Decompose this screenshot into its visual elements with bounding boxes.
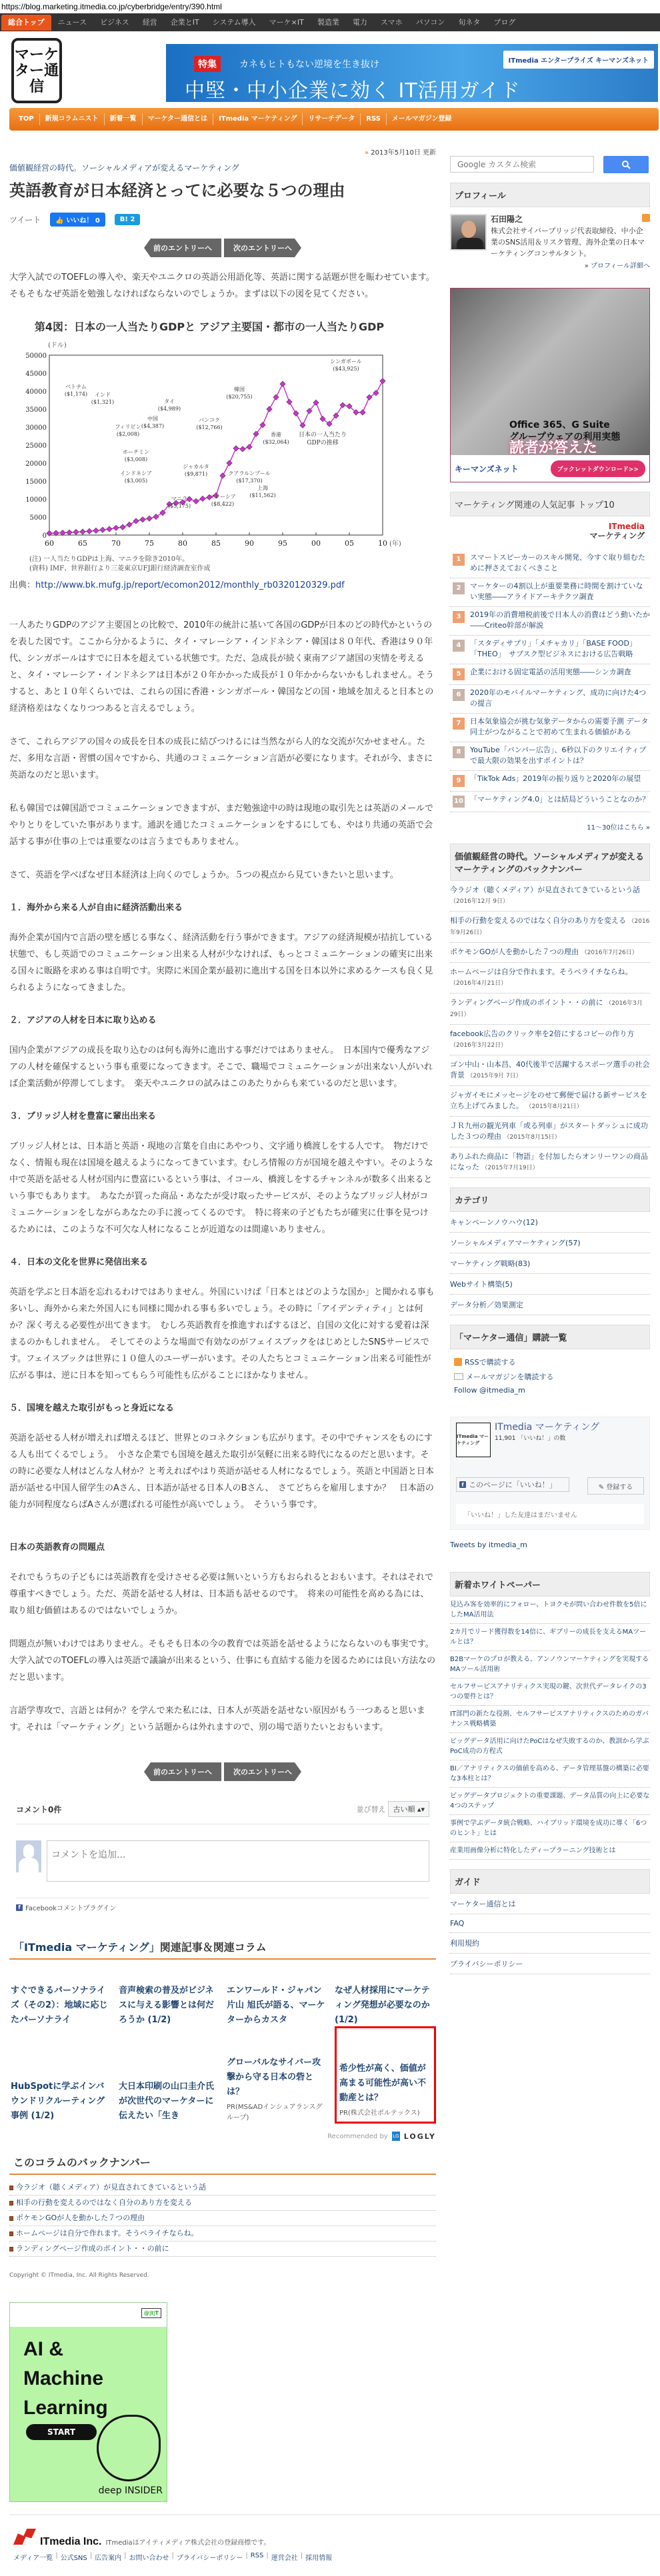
recommended-label: Recommended by (327, 2133, 388, 2140)
svg-text:($11,562): ($11,562) (249, 492, 275, 498)
whitepaper-item[interactable]: 2カ月でリード獲得数を14倍に、ギブリーの成長を支えるMAツールとは？ (450, 1624, 650, 1651)
topnav-item[interactable]: 旬ネタ (451, 13, 487, 31)
related-article-link[interactable]: なぜ人材採用にマーケティング発想が必要なのか (1/2) (335, 1984, 436, 2028)
footer-brand-row: ITmedia Inc. ITmediaはアイティメディア株式会社の登録商標です… (13, 2529, 332, 2548)
bullet-icon (9, 2201, 13, 2206)
article-column: » 2013年5月10日 更新 価値観経営の時代。ソーシャルメディアが変えるマー… (9, 145, 436, 2257)
category-item[interactable]: Webサイト構築(5) (450, 1274, 650, 1295)
paragraph: さて、これらアジアの国々の成長を日本の成長に結びつけるには当然ながら人的な交流が… (9, 734, 436, 784)
prev-entry-button[interactable]: 前のエントリーへ (144, 1762, 221, 1781)
svg-text:GDPの推移: GDPの推移 (307, 438, 338, 446)
whitepaper-item[interactable]: 見込み客を効率的にフォロー、トヨクモが問い合わせ件数を5倍にしたMA活用法 (450, 1597, 650, 1624)
topnav-item[interactable]: パソコン (409, 13, 452, 31)
guide-item[interactable]: FAQ (450, 1914, 650, 1933)
whitepaper-item[interactable]: ビッグデータ活用に向けたPoCはなぜ失敗するのか、教訓から学ぶPoC成功の方程式 (450, 1733, 650, 1760)
whitepaper-item[interactable]: ビッグデータプロジェクトの重要課題、データ品質の向上に必要な4つのステップ (450, 1788, 650, 1815)
source-label: 出典： (9, 580, 35, 590)
category-item[interactable]: ソーシャルメディアマーケティング(57) (450, 1233, 650, 1253)
whitepaper-item[interactable]: B2Bマーケのプロが教える、アンノウンマーケティングを実現するMAツール活用術 (450, 1651, 650, 1678)
footer-link[interactable]: 広告案内 (95, 2552, 121, 2562)
search-button[interactable] (603, 156, 649, 173)
related-row-2: HubSpotに学ぶインバウンドリクルーティング事例 (1/2)大日本印刷の山口… (9, 2044, 436, 2124)
whitepaper-item[interactable]: セルフサービスアナリティクス実現の鍵、次世代データレイクの3つの要件とは？ (450, 1678, 650, 1706)
feature-banner[interactable]: 特集 カネもヒトもない逆境を生き抜け 中堅・中小企業に効く IT活用ガイド IT… (166, 44, 658, 102)
section-heading-2: ２．アジアの人材を日本に取り込める (9, 1013, 436, 1025)
related-article-title: グローバルなサイバー攻撃から守る日本の砦とは？ (227, 2056, 328, 2100)
svg-text:75: 75 (145, 539, 154, 548)
related-article-card[interactable]: HubSpotに学ぶインバウンドリクルーティング事例 (1/2) (11, 2044, 112, 2124)
chart-plot: (ドル)050001000015000200002500030000350004… (9, 335, 409, 555)
ad-text: Office 365、G Suite (509, 419, 620, 431)
backnumber-title: 今ラジオ（聴くメディア）が見直されてきているという話 (450, 886, 640, 894)
profile-more-link[interactable]: » プロフィール詳細へ (450, 261, 650, 272)
logly-name[interactable]: LOGLY (404, 2132, 436, 2141)
rank-badge: 6 (453, 689, 465, 701)
svg-text:(年): (年) (389, 539, 401, 548)
search-box (450, 156, 650, 173)
svg-text:80: 80 (178, 539, 187, 548)
next-entry-button[interactable]: 次のエントリーへ (224, 239, 301, 257)
footer-link[interactable]: RSS (251, 2552, 264, 2562)
rss-subscribe-link[interactable]: RSSで購読する (450, 1355, 650, 1369)
svg-text:($4,989): ($4,989) (158, 406, 181, 412)
fb-register-button[interactable]: ✎ 登録する (587, 1477, 644, 1495)
y-unit: (ドル) (48, 342, 67, 349)
svg-text:($32,064): ($32,064) (263, 439, 289, 445)
social-buttons: ツイート 👍 いいね！ 0 B! 2 (9, 213, 436, 227)
related-article-title: 大日本印刷の山口圭介氏が次世代のマーケターに伝えたい「生き (119, 2080, 220, 2124)
backnumber-date: （2015年8月21日） (526, 1103, 583, 1110)
logo-bottom: マーケティング (450, 531, 645, 540)
svg-text:インドネシア: インドネシア (120, 470, 152, 476)
ranking-title: 日本気象協会が挑む気象データからの需要予測 データ同士がつながることで初めて生ま… (470, 716, 650, 738)
ranking-list: 1スマートスピーカーのスキル開発、今すぐ取り組むために押さえておくべきこと2マー… (450, 550, 650, 812)
ranking-title: 「スタディサプリ」「メチャカリ」「BASE FOOD」「THEO」 サブスク型ビ… (470, 638, 650, 660)
footer-link[interactable]: メディア一覧 (13, 2552, 53, 2562)
svg-text:($20,755): ($20,755) (226, 394, 252, 400)
svg-text:20000: 20000 (25, 460, 47, 468)
atmarkit-logo: @|I|T (141, 2308, 161, 2318)
svg-text:10: 10 (378, 539, 387, 548)
itmedia-top-nav: 総合トップニュースビジネス経営企業とITシステム導入マーケ×IT製造業電力スマホ… (0, 13, 660, 31)
ranking-title: 「マーケティング4.0」とは結局どういうことなのか？ (470, 794, 649, 808)
paragraph: 英語を話せる人材が増えれば増えるほど、世界とのコネクションも広がります。その中で… (9, 1430, 436, 1513)
guide-item[interactable]: マーケター通信とは (450, 1894, 650, 1914)
fb-page-like-button[interactable]: fこのページに「いいね！」 (456, 1477, 569, 1492)
related-article-link[interactable]: すぐできるパーソナライズ（その2）：地域に応じたパーソナライ (11, 1984, 112, 2028)
footer-link[interactable]: 運営会社 (271, 2552, 298, 2562)
svg-text:($3,005): ($3,005) (125, 478, 147, 484)
svg-text:タイ: タイ (164, 398, 175, 404)
category-item[interactable]: キャンペーンノウハウ(12) (450, 1212, 650, 1233)
prev-entry-button[interactable]: 前のエントリーへ (144, 239, 221, 257)
guide-item[interactable]: プライバシーポリシー (450, 1954, 650, 1974)
paragraph: 問題点が無いわけではありません。そもそも日本の今の教育では英語を話せるようになら… (9, 1636, 436, 1686)
date-marker: » (365, 149, 369, 157)
backnumber-date: （2016年3月22日） (450, 1042, 507, 1049)
plugin-label: Facebookコメントプラグイン (25, 1902, 116, 1912)
related-article-title: 希少性が高く、価値が高まる可能性が高い不動産とは？ (339, 2062, 431, 2106)
fb-page-name[interactable]: ITmedia マーケティング (495, 1420, 599, 1433)
sidebar-backnumber-item[interactable]: 今ラジオ（聴くメディア）が見直されてきているという話 （2016年12月 9日） (450, 881, 650, 912)
rss-icon[interactable] (642, 214, 650, 222)
backnumber-title: ホームページは自分で作れます。そうペライチならね。 (16, 2226, 199, 2241)
ai-ml-ad[interactable]: @|I|T AI & Machine Learning START deep I… (9, 2302, 167, 2502)
address-bar[interactable]: https://blog.marketing.itmedia.co.jp/cyb… (0, 0, 660, 13)
search-input[interactable] (450, 156, 594, 173)
svg-text:15000: 15000 (25, 478, 47, 486)
footer-link[interactable]: プライバシーポリシー (177, 2552, 243, 2562)
footer-link[interactable]: 公式SNS (61, 2552, 87, 2562)
fb-plugin-credit[interactable]: fFacebookコメントプラグイン (16, 1902, 429, 1912)
footer-link[interactable]: 採用情報 (305, 2552, 332, 2562)
svg-text:($9,871): ($9,871) (185, 471, 207, 477)
ad-headline-line: Machine (23, 2364, 108, 2393)
svg-text:シンガポール: シンガポール (330, 358, 362, 364)
ranking-title: 企業における固定電話の活用実態――シンカ調査 (470, 667, 631, 680)
backnumber-title: ポケモンGOが人を動かした７つの理由 (16, 2211, 145, 2226)
ranking-title: 2019年の消費増税前後で日本人の消費はどう動いたか――Criteo幹部が解説 (470, 610, 650, 631)
sidebar-backnumber-heading: 価値観経営の時代。ソーシャルメディアが変えるマーケティングのバックナンバー (450, 844, 650, 881)
sidebar-backnumber-item[interactable]: facebook広告のクリック率を2倍にするコピーの作り方 （2016年3月22… (450, 1025, 650, 1055)
subscribe-heading: 「マーケター通信」購読一覧 (450, 1325, 650, 1349)
sidebar-backnumber-item[interactable]: ジャガイモにメッセージをのせて郵便で届ける新サービスを立ち上げてみました。 （2… (450, 1086, 650, 1117)
svg-text:($1,321): ($1,321) (91, 399, 114, 405)
backnumber-date: （2015年9月 7日） (467, 1073, 522, 1079)
category-item[interactable]: マーケティング戦略(83) (450, 1253, 650, 1274)
article-body: 大学入試でのTOEFLの導入や、楽天やユニクロの英語公用語化等、英語に関する話題… (9, 269, 436, 1736)
rank-badge: 8 (453, 746, 465, 758)
sidebar-backnumber-item[interactable]: 相手の行動を変えるのではなく自分のあり方を変える （2016年9月26日） (450, 912, 650, 943)
svg-text:($12,766): ($12,766) (196, 424, 222, 430)
related-article-link[interactable]: エンワールド・ジャパン片山 旭氏が語る、マーケターからカスタ (227, 1984, 328, 2028)
backnumber-item[interactable]: 相手の行動を変えるのではなく自分のあり方を変える (9, 2196, 436, 2211)
paragraph: さて、英語を学べばなぜ日本経済は上向くのでしょうか。５つの視点から見ていきたいと… (9, 867, 436, 884)
ranking-item[interactable]: 5企業における固定電話の活用実態――シンカ調査 (450, 664, 650, 685)
footer-link[interactable]: お問い合わせ (129, 2552, 169, 2562)
related-title: 関連記事＆関連コラム (160, 1941, 267, 1954)
backnumber-title: ランディングページ作成のポイント・・の前に (16, 2242, 169, 2256)
svg-text:マニラ: マニラ (171, 496, 187, 502)
guide-heading: ガイド (450, 1869, 650, 1894)
backnumber-title: facebook広告のクリック率を2倍にするコピーの作り方 (450, 1029, 634, 1038)
ranking-title: 2020年のモバイルマーケティング、成功に向けた4つの提言 (470, 688, 650, 709)
related-article-card[interactable]: グローバルなサイバー攻撃から守る日本の砦とは？PR(MS&ADインシュアランスグ… (227, 2044, 328, 2124)
ad-headline-line: Learning (23, 2393, 108, 2423)
ranking-title: YouTube「バンパー広告」、6秒以下のクリエイティブで最大限の効果を出すポイ… (470, 745, 650, 766)
svg-text:($8,422): ($8,422) (211, 501, 234, 507)
deep-insider-logo: deep INSIDER (99, 2485, 163, 2496)
backnumber-date: （2015年8月15日） (504, 1134, 561, 1141)
backnumber-item[interactable]: ポケモンGOが人を動かした７つの理由 (9, 2211, 436, 2226)
topnav-item[interactable]: 総合トップ (1, 15, 51, 31)
ranking-item[interactable]: 1スマートスピーカーのスキル開発、今すぐ取り組むために押さえておくべきこと (450, 550, 650, 578)
topnav-item[interactable]: ビジネス (93, 13, 136, 31)
footer-links: メディア一覧|公式SNS|広告案内|お問い合わせ|プライバシーポリシー|RSS|… (13, 2552, 332, 2562)
link-separator: | (266, 2552, 268, 2562)
tweet-button[interactable]: ツイート (9, 214, 41, 225)
svg-text:($3,008): ($3,008) (125, 456, 147, 462)
comment-input[interactable] (47, 1840, 429, 1882)
itmedia-logo-icon (13, 2529, 36, 2545)
download-button[interactable]: ブックレットダウンロード>> (551, 460, 645, 477)
related-article-card[interactable]: 希少性が高く、価値が高まる可能性が高い不動産とは？PR(株式会社ボルテックス) (335, 2026, 436, 2124)
section-heading-3: ３．ブリッジ人材を豊富に輩出出来る (9, 1109, 436, 1121)
source-link[interactable]: http://www.bk.mufg.jp/report/ecomon2012/… (35, 580, 345, 590)
svg-text:ジャカルタ: ジャカルタ (183, 464, 209, 470)
svg-text:香港: 香港 (271, 431, 281, 438)
svg-text:日本の一人当たり: 日本の一人当たり (299, 430, 347, 438)
ranking-heading: マーケティング関連の人気記事 トップ10 (450, 492, 650, 516)
ranking-item[interactable]: 32019年の消費増税前後で日本人の消費はどう動いたか――Criteo幹部が解説 (450, 607, 650, 636)
hatena-bookmark-button[interactable]: B! 2 (115, 214, 141, 225)
comments-header: コメント0件 並び替え古い順 ▴▾ (16, 1801, 429, 1824)
paragraph: 言語学専攻で、言語とは何か？を学んで来た私には、日本人が英語を話せない原因がもう… (9, 1702, 436, 1736)
ad-top: @|I|T (10, 2303, 167, 2327)
blog-nav-item[interactable]: 新規コラムニスト (40, 113, 105, 125)
ranking-item[interactable]: 10「マーケティング4.0」とは結局どういうことなのか？ (450, 792, 650, 812)
banner-title: 中堅・中小企業に効く IT活用ガイド (185, 74, 611, 102)
svg-text:05: 05 (345, 539, 354, 548)
backnumber-item[interactable]: 今ラジオ（聴くメディア）が見直されてきているという話 (9, 2180, 436, 2196)
sidebar-backnumber-item[interactable]: ゴン中山・山本昌、40代後半で活躍するスポーツ選手の社会背景 （2015年9月 … (450, 1055, 650, 1086)
whitepaper-heading: 新着ホワイトペーパー (450, 1572, 650, 1597)
rank-badge: 10 (453, 796, 465, 808)
whitepaper-item[interactable]: IT部門の新たな役割、セルフサービスアナリティクスのためのガバナンス戦略構築 (450, 1706, 650, 1733)
blog-nav-item[interactable]: リサーチデータ (303, 113, 361, 125)
svg-text:バンコク: バンコク (199, 417, 220, 423)
blog-nav-item[interactable]: TOP (13, 113, 40, 125)
link-separator: | (245, 2552, 247, 2562)
whitepaper-item[interactable]: 事例で学ぶデータ統合戦略、ハイブリッド環境を成功に導く「6つのヒント」とは (450, 1815, 650, 1842)
backnumber-list: 今ラジオ（聴くメディア）が見直されてきているという話相手の行動を変えるのではなく… (9, 2180, 436, 2257)
svg-text:中国: 中国 (147, 415, 158, 422)
intro-paragraph-2: そもそもなぜ英語を勉強しなければならないのでしょうか。まずは以下の図を見てくださ… (9, 286, 436, 303)
ad-text: 読者が答えた (509, 436, 627, 457)
intro-paragraph: 大学入試でのTOEFLの導入や、楽天やユニクロの英語公用語化等、英語に関する話題… (9, 269, 436, 286)
gdp-chart: 第4図：日本の一人当たりGDPと アジア主要国・都市の一人当たりGDP (ドル)… (9, 319, 409, 574)
svg-text:45000: 45000 (25, 370, 47, 378)
ranking-title: スマートスピーカーのスキル開発、今すぐ取り組むために押さえておくべきこと (470, 552, 650, 574)
related-brand: 「ITmedia マーケティング」 (13, 1941, 160, 1954)
ad-headline: AI & Machine Learning (23, 2335, 108, 2423)
topnav-item[interactable]: ニュース (51, 13, 93, 31)
backnumber-item[interactable]: ランディングページ作成のポイント・・の前に (9, 2242, 436, 2257)
rank-badge: 1 (453, 554, 465, 566)
footer-divider (9, 2514, 660, 2515)
blog-nav-item[interactable]: RSS (361, 113, 387, 125)
sidebar-backnumber-item[interactable]: ランディングページ作成のポイント・・の前に （2016年3月29日） (450, 993, 650, 1025)
ad-headline-line: AI & (23, 2335, 108, 2364)
keymans-logo: キーマンズネット (455, 463, 519, 474)
topnav-item[interactable]: 製造業 (311, 13, 346, 31)
backnumber-title: 相手の行動を変えるのではなく自分のあり方を変える (450, 916, 626, 925)
svg-text:($2,008): ($2,008) (117, 431, 139, 437)
svg-text:35000: 35000 (25, 406, 47, 414)
paragraph: 私も韓国では韓国語でコミュニケーションできますが、まだ勉強途中の時は現地の取引先… (9, 800, 436, 850)
ranking-item[interactable]: 2マーケターの4割以上が重要業務に時間を割けていない実態――アライドアーキテクツ… (450, 578, 650, 607)
ranking-item[interactable]: 62020年のモバイルマーケティング、成功に向けた4つの提言 (450, 685, 650, 714)
paragraph: 英語を学ぶと日本語を忘れるわけではありません。外国にいけば「日本とはどのような国… (9, 1284, 436, 1384)
topnav-item[interactable]: 電力 (346, 13, 374, 31)
backnumber-title: ポケモンGOが人を動かした７つの理由 (450, 948, 579, 956)
paragraph: 国内企業がアジアの成長を取り込むのは何も海外に進出する事だけではありません。 日… (9, 1042, 436, 1092)
fb-no-friends: 「いいね！」した友達はまだいません (456, 1504, 644, 1524)
rank-badge: 2 (453, 582, 465, 594)
comment-count: コメント0件 (16, 1804, 61, 1815)
update-date: » 2013年5月10日 更新 (9, 147, 436, 157)
facebook-icon: f (16, 1904, 23, 1911)
blog-nav-item[interactable]: ITmedia マーケティング (213, 113, 303, 125)
svg-text:95: 95 (278, 539, 287, 548)
related-article-card[interactable]: 大日本印刷の山口圭介氏が次世代のマーケターに伝えたい「生き (119, 2044, 220, 2124)
backnumber-title: ランディングページ作成のポイント・・の前に (450, 998, 603, 1007)
svg-text:40000: 40000 (25, 388, 47, 396)
author-photo (450, 214, 487, 251)
related-article-title: HubSpotに学ぶインバウンドリクルーティング事例 (1/2) (11, 2080, 112, 2124)
column-name[interactable]: 価値観経営の時代。ソーシャルメディアが変えるマーケティング (9, 162, 436, 173)
pr-sponsor: PR(株式会社ボルテックス) (339, 2108, 431, 2119)
link-separator: | (124, 2552, 126, 2562)
sidebar-backnumber-item[interactable]: ホームページは自分で作れます。そうペライチならね。 （2016年4月21日） (450, 963, 650, 993)
bullet-icon (9, 2216, 13, 2221)
topnav-item[interactable]: ブログ (487, 13, 522, 31)
svg-text:マレーシア: マレーシア (209, 494, 236, 500)
mail-label: メールマガジンを購読する (466, 1371, 554, 1382)
logo-top: ITmedia (450, 522, 645, 531)
facebook-comments: コメント0件 並び替え古い順 ▴▾ fFacebookコメントプラグイン (9, 1801, 436, 1912)
backnumber-title: 相手の行動を変えるのではなく自分のあり方を変える (16, 2196, 192, 2210)
backnumber-date: （2016年12月 9日） (450, 898, 509, 905)
ranking-item[interactable]: 7日本気象協会が挑む気象データからの需要予測 データ同士がつながることで初めて生… (450, 714, 650, 742)
svg-text:25000: 25000 (25, 442, 47, 450)
chart-title: 第4図：日本の一人当たりGDPと アジア主要国・都市の一人当たりGDP (9, 319, 409, 335)
next-entry-button[interactable]: 次のエントリーへ (224, 1762, 301, 1781)
tweets-link[interactable]: Tweets by itmedia_m (450, 1541, 650, 1549)
bullet-icon (9, 2186, 13, 2190)
entry-nav-bottom: 前のエントリーへ 次のエントリーへ (9, 1762, 436, 1781)
category-list: キャンペーンノウハウ(12)ソーシャルメディアマーケティング(57)マーケティン… (450, 1212, 650, 1315)
search-icon (621, 160, 631, 169)
topnav-item[interactable]: 経営 (136, 13, 164, 31)
svg-text:30000: 30000 (25, 424, 47, 432)
link-separator: | (55, 2552, 57, 2562)
whitepaper-item[interactable]: 産業用画像分析に特化したディープラーニング技術とは (450, 1842, 650, 1860)
fb-page-logo[interactable]: ITmedia マーケティング (456, 1423, 491, 1457)
mail-icon (454, 1373, 463, 1380)
date-text: 2013年5月10日 更新 (371, 149, 436, 157)
section-heading-5: ５．国境を越えた取引がもっと身近になる (9, 1401, 436, 1413)
related-heading: 「ITmedia マーケティング」関連記事＆関連コラム (9, 1939, 436, 1960)
blog-nav-item[interactable]: 新着一覧 (105, 113, 143, 125)
rss-label: RSSで購読する (465, 1357, 516, 1367)
rank-badge: 4 (453, 640, 465, 652)
guide-item[interactable]: 利用規約 (450, 1933, 650, 1954)
page-title: 英語教育が日本経済とってに必要な５つの理由 (9, 177, 436, 201)
sort-label: 並び替え (356, 1804, 385, 1814)
svg-text:65: 65 (78, 539, 87, 548)
fb-like-count: いいね！ 0 (66, 217, 99, 225)
svg-text:($43,925): ($43,925) (333, 366, 359, 372)
paragraph: 一人あたりGDPのアジア主要国との比較で、2010年の統計に基いて各国のGDPが… (9, 617, 436, 717)
sidebar-backnumber-item[interactable]: ＪＲ九州の観光列車「或る列車」がスタートダッシュに成功した３つの理由 （2015… (450, 1117, 650, 1147)
link-separator: | (172, 2552, 174, 2562)
facebook-icon: f (459, 1481, 466, 1488)
sidebar: プロフィール 石田陽之 株式会社サイバーブリッジ代表取締役、中小企業のSNS活用… (450, 145, 650, 1974)
sort-select[interactable]: 古い順 ▴▾ (388, 1801, 429, 1817)
banner-subtitle: カネもヒトもない逆境を生き抜け (239, 57, 379, 71)
sort-control: 並び替え古い順 ▴▾ (356, 1801, 429, 1817)
itmedia-marketing-logo: ITmediaマーケティング (450, 522, 650, 540)
blog-nav-item[interactable]: マーケター通信とは (143, 113, 214, 125)
office365-ad[interactable]: Office 365、G Suiteグループウェアの利用実態 読者が答えた「現場… (450, 288, 650, 482)
link-separator: | (90, 2552, 92, 2562)
rank-badge: 5 (453, 668, 465, 680)
backnumber-date: （2016年4月21日） (450, 980, 507, 987)
svg-text:インド: インド (95, 392, 111, 398)
bullet-icon (9, 2247, 13, 2252)
whitepaper-item[interactable]: BI／アナリティクスの価値を高める、データ管理基盤の構築に必要な3本柱とは？ (450, 1760, 650, 1788)
profile-heading: プロフィール (450, 183, 650, 207)
backnumber-heading: このコラムのバックナンバー (9, 2146, 436, 2175)
sidebar-backnumber-list: 今ラジオ（聴くメディア）が見直されてきているという話 （2016年12月 9日）… (450, 881, 650, 1178)
profile-box: 石田陽之 株式会社サイバーブリッジ代表取締役、中小企業のSNS活用＆リスク管理、… (450, 214, 650, 272)
rank-badge: 9 (453, 775, 465, 787)
paragraph: ブリッジ人材とは、日本語と英語・現地の言葉を自由にあやつり、文字通り橋渡しをする… (9, 1138, 436, 1238)
svg-text:($5,175): ($5,175) (168, 503, 191, 509)
topnav-item[interactable]: 企業とIT (164, 13, 206, 31)
ranking-title: マーケターの4割以上が重要業務に時間を割けていない実態――アライドアーキテクツ調… (470, 581, 650, 602)
blog-nav-item[interactable]: メールマガジン登録 (387, 113, 457, 125)
backnumber-title: 今ラジオ（聴くメディア）が見直されてきているという話 (16, 2180, 206, 2195)
svg-text:85: 85 (211, 539, 221, 548)
topnav-item[interactable]: システム導入 (206, 13, 263, 31)
backnumber-date: （2015年7月19日） (482, 1165, 539, 1171)
thumbs-up-icon: 👍 (55, 217, 63, 225)
related-article-link[interactable]: 音声検索の普及がビジネスに与える影響とは何だろうか (1/2) (119, 1984, 220, 2028)
rss-icon (454, 1358, 462, 1366)
topnav-item[interactable]: スマホ (374, 13, 409, 31)
svg-text:50000: 50000 (25, 352, 47, 360)
svg-text:ホーチミン: ホーチミン (123, 449, 149, 455)
topnav-item[interactable]: マーケ×IT (263, 13, 311, 31)
svg-text:60: 60 (45, 539, 54, 548)
section-heading-1: １．海外から来る人が自由に経済活動出来る (9, 900, 436, 913)
ad-start-button[interactable]: START (26, 2424, 97, 2440)
avatar (16, 1840, 41, 1872)
mail-subscribe-link[interactable]: メールマガジンを購読する (450, 1369, 650, 1384)
facebook-like-button[interactable]: 👍 いいね！ 0 (50, 213, 105, 227)
ranking-item[interactable]: 9「TikTok Ads」2019年の振り返りと2020年の展望 (450, 771, 650, 792)
section-heading-4: ４．日本の文化を世界に発信出来る (9, 1255, 436, 1267)
whitepaper-list: 見込み客を効率的にフォロー、トヨクモが問い合わせ件数を5倍にしたMA活用法2カ月… (450, 1597, 650, 1860)
link-separator: | (301, 2552, 303, 2562)
bullet-icon (9, 2232, 13, 2236)
ranking-item[interactable]: 4「スタディサプリ」「メチャカリ」「BASE FOOD」「THEO」 サブスク型… (450, 636, 650, 664)
category-item[interactable]: データ分析／効果測定 (450, 1295, 650, 1315)
sidebar-backnumber-item[interactable]: ありふれた商品に「物語」を付加したらオンリーワンの商品になった （2015年7月… (450, 1147, 650, 1178)
marketer-tsushin-logo[interactable]: マーケター通信 (11, 38, 62, 103)
sidebar-backnumber-item[interactable]: ポケモンGOが人を動かした７つの理由 （2016年7月26日） (450, 943, 650, 963)
backnumber-title: ありふれた商品に「物語」を付加したらオンリーワンの商品になった (450, 1152, 648, 1171)
svg-text:5000: 5000 (30, 514, 47, 522)
twitter-follow-link[interactable]: Follow @itmedia_m (450, 1384, 650, 1397)
ranking-more-link[interactable]: 11〜30位はこちら » (450, 822, 650, 832)
svg-text:00: 00 (311, 539, 321, 548)
company-name[interactable]: ITmedia Inc. (40, 2536, 101, 2548)
ranking-item[interactable]: 8YouTube「バンパー広告」、6秒以下のクリエイティブで最大限の効果を出すポ… (450, 742, 650, 771)
backnumber-item[interactable]: ホームページは自分で作れます。そうペライチならね。 (9, 2226, 436, 2242)
